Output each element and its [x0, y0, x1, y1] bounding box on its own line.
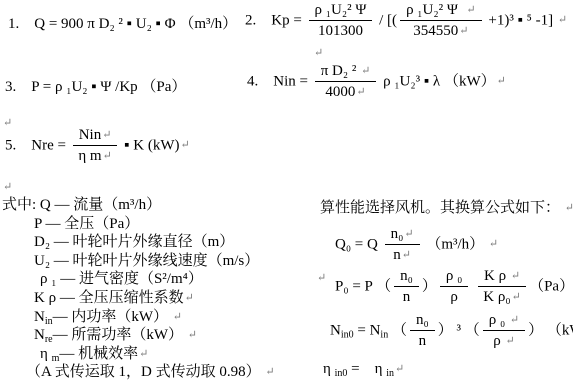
text-run: 4. Nin = [247, 73, 312, 89]
text-run: 1. Q = 900 π D₂ ² ▪ U₂ ▪ Φ （m³/h） [8, 16, 237, 32]
fraction-numerator: n₀↵ [385, 226, 420, 245]
text-run: n₀ [416, 312, 429, 328]
fraction-numerator: ρ ₀ [440, 268, 468, 287]
paragraph-mark-icon: ↵ [557, 14, 567, 26]
formula-compressibility-coefficient: 2. Kp = ρ ₁U₂² Ψ101300 / [(ρ ₁U₂² Ψ ↵354… [245, 2, 567, 40]
text-run: P₀ = P （ [335, 278, 391, 294]
paragraph-mark-icon: ↵ [564, 202, 573, 214]
formula-eta-conversion: η in0 = η in↵ [323, 357, 404, 379]
text-run: η [40, 346, 52, 362]
definition-line: （A 式传运取 1，D 式传动取 0.98） ↵ [26, 363, 275, 380]
fraction-numerator: π D₂ ² ↵ [315, 63, 377, 82]
text-run: ） [422, 278, 437, 294]
document-page: 1. Q = 900 π D₂ ² ▪ U₂ ▪ Φ （m³/h） 2. Kp … [0, 0, 573, 380]
text-run: K ρ₀ [483, 289, 510, 305]
text-run: ρ ₀ [446, 268, 462, 284]
formula-p0-conversion: P₀ = P （n₀n）ρ ₀ρ K ρ ↵K ρ₀↵（Pa） ↵ [335, 268, 573, 306]
text-run: ρ ₁ — 进气密度（S²/m⁴） [40, 271, 203, 287]
paragraph-mark-icon: ↵ [355, 86, 365, 98]
fraction-numerator: n₀ [410, 312, 435, 331]
paragraph-mark-icon: ↵ [187, 329, 197, 341]
text-run: 算性能选择风机。其换算公式如下： [320, 200, 564, 216]
fraction: n₀n [394, 268, 419, 306]
text-run: n₀ [400, 268, 413, 284]
paragraph-mark-icon: ↵ [2, 180, 12, 193]
formula-total-pressure: 3. P = ρ ₁U₂ ▪ Ψ /Kp （Pa） [5, 75, 186, 96]
fraction: n₀↵n↵ [385, 226, 420, 264]
text-run: — 所需功率（kW） [53, 327, 187, 343]
text-run: η m [78, 148, 101, 164]
text-run: 式中: Q — 流量（m³/h） [2, 197, 161, 213]
fraction-denominator: 101300 [318, 21, 363, 40]
text-run: n [403, 289, 411, 305]
subscript: in0 [341, 329, 354, 340]
definition-line: P — 全压（Pa） [34, 215, 275, 234]
fraction: n₀n [410, 312, 435, 350]
paragraph-mark-icon: ↵ [101, 129, 111, 141]
definition-line: ρ ₁ — 进气密度（S²/m⁴） [40, 270, 275, 289]
paragraph-mark-icon: ↵ [184, 292, 194, 304]
fraction-numerator: ρ ₀ ↵ [483, 312, 525, 331]
text-run: ρ ₁U₂² Ψ [406, 2, 465, 18]
fraction: ρ ₁U₂² Ψ101300 [309, 2, 373, 40]
text-run: 4000 [325, 84, 355, 100]
text-run: ▪ K (kW) [120, 137, 179, 153]
paragraph-mark-icon: ↵ [496, 75, 506, 87]
paragraph-mark-icon: ↵ [465, 4, 475, 16]
subscript: re [45, 334, 53, 345]
paragraph-mark-icon: ↵ [394, 363, 404, 375]
text-run: Nin [79, 127, 102, 143]
text-run: （ [388, 322, 407, 338]
fraction: K ρ ↵K ρ₀↵ [478, 268, 526, 306]
text-run: ρ ₁U₂³ ▪ λ （kW） [379, 73, 495, 89]
text-run: Q₀ = Q [335, 236, 382, 252]
paragraph-mark-icon: ↵ [313, 46, 323, 59]
text-run: ρ [493, 333, 504, 349]
fraction-denominator: ρ ↵ [493, 331, 514, 350]
text-run: — 机械效率 [59, 346, 138, 362]
paragraph-mark-icon: ↵ [401, 249, 411, 261]
definition-line: Nre— 所需功率（kW） ↵ [34, 326, 275, 345]
text-run: （A 式传运取 1，D 式传动取 0.98） [26, 364, 264, 380]
definition-line: K ρ — 全压压缩性系数↵ [34, 289, 275, 308]
text-run: π D₂ ² [321, 63, 360, 79]
fraction: π D₂ ² ↵4000↵ [315, 63, 377, 101]
text-run: P — 全压（Pa） [34, 216, 139, 232]
text-run: D₂ — 叶轮叶片外缘直径（m） [34, 234, 234, 250]
fraction-denominator: ρ [450, 287, 458, 306]
text-run: 101300 [318, 23, 363, 39]
fraction-denominator: 4000↵ [325, 82, 365, 101]
text-run: ρ [450, 289, 458, 305]
paragraph-mark-icon: ↵ [458, 25, 468, 37]
definition-line: η m— 机械效率↵ [40, 345, 275, 364]
text-run: U₂ — 叶轮叶片外缘线速度（m/s） [34, 253, 259, 269]
fraction-denominator: n↵ [393, 245, 411, 264]
fraction-denominator: 354550↵ [413, 21, 468, 40]
fraction: ρ ₁U₂² Ψ ↵354550↵ [400, 2, 482, 40]
text-run: = N [354, 322, 381, 338]
paragraph-mark-icon: ↵ [510, 270, 520, 282]
paragraph-mark-icon: ↵ [488, 238, 498, 250]
paragraph-mark-icon: ↵ [2, 116, 12, 129]
text-run: / [( [375, 12, 397, 28]
fraction-denominator: n [419, 331, 427, 350]
fraction-denominator: n [403, 287, 411, 306]
text-run: n [393, 247, 401, 263]
definition-line: Nin— 内功率（kW） ↵ [34, 308, 275, 327]
text-run: η [323, 361, 335, 377]
subscript: in [45, 316, 53, 327]
fraction-numerator: n₀ [394, 268, 419, 287]
text-run [471, 278, 475, 294]
paragraph-mark-icon: ↵ [316, 271, 326, 284]
text-run: （Pa） [529, 278, 573, 294]
fraction-numerator: ρ ₁U₂² Ψ [309, 2, 373, 21]
paragraph-mark-icon: ↵ [102, 150, 112, 162]
paragraph-mark-icon: ↵ [138, 348, 148, 360]
text-run: ） ³ （ [438, 322, 480, 338]
formula-internal-power: 4. Nin = π D₂ ² ↵4000↵ ρ ₁U₂³ ▪ λ （kW）↵ [247, 63, 506, 101]
conversion-intro-text: 算性能选择风机。其换算公式如下： ↵ [320, 196, 573, 217]
text-run: N [330, 322, 341, 338]
text-run: ρ ₁U₂² Ψ [315, 2, 367, 18]
text-run: K ρ — 全压压缩性系数 [34, 290, 184, 306]
formula-flow-rate: 1. Q = 900 π D₂ ² ▪ U₂ ▪ Φ （m³/h） [8, 12, 237, 33]
paragraph-mark-icon: ↵ [360, 65, 370, 77]
paragraph-mark-icon: ↵ [511, 291, 521, 303]
fraction-numerator: ρ ₁U₂² Ψ ↵ [400, 2, 482, 21]
text-run: 354550 [413, 23, 458, 39]
text-run: N [34, 309, 45, 325]
definition-line: D₂ — 叶轮叶片外缘直径（m） [34, 233, 275, 252]
text-run: n [419, 333, 427, 349]
text-run: +1)³ ▪ ⁵ -1] [485, 12, 557, 28]
fraction-numerator: Nin↵ [73, 127, 118, 146]
subscript: in0 [335, 368, 348, 379]
text-run: K ρ [484, 268, 510, 284]
formula-nin0-conversion: Nin0 = Nin （n₀n） ³ （ρ ₀ ↵ρ ↵） （kW） ↵ [330, 312, 573, 350]
formula-required-power: 5. Nre = Nin↵η m↵ ▪ K (kW)↵ [5, 127, 190, 165]
definition-line: 式中: Q — 流量（m³/h） [2, 196, 275, 215]
fraction: Nin↵η m↵ [73, 127, 118, 165]
text-run: ρ ₀ [489, 312, 509, 328]
text-run: 5. Nre = [5, 137, 70, 153]
definition-line: U₂ — 叶轮叶片外缘线速度（m/s） [34, 252, 275, 271]
text-run: （m³/h） [423, 236, 488, 252]
fraction-numerator: K ρ ↵ [478, 268, 526, 287]
fraction: ρ ₀ρ [440, 268, 468, 306]
text-run: n₀ [391, 226, 404, 242]
symbol-definitions-list: 式中: Q — 流量（m³/h）P — 全压（Pa）D₂ — 叶轮叶片外缘直径（… [2, 196, 275, 380]
subscript: in [386, 368, 394, 379]
text-run: 2. Kp = [245, 12, 306, 28]
fraction-denominator: η m↵ [78, 146, 111, 165]
paragraph-mark-icon: ↵ [509, 314, 519, 326]
paragraph-mark-icon: ↵ [504, 335, 514, 347]
paragraph-mark-icon: ↵ [264, 366, 274, 378]
fraction: ρ ₀ ↵ρ ↵ [483, 312, 525, 350]
text-run: N [34, 327, 45, 343]
formula-q0-conversion: Q₀ = Q n₀↵n↵ （m³/h） ↵ [335, 226, 498, 264]
text-run: 3. P = ρ ₁U₂ ▪ Ψ /Kp （Pa） [5, 79, 186, 95]
text-run: = η [347, 361, 386, 377]
paragraph-mark-icon: ↵ [179, 139, 189, 151]
text-run: — 内功率（kW） [53, 309, 172, 325]
paragraph-mark-icon: ↵ [172, 311, 182, 323]
fraction-denominator: K ρ₀↵ [483, 287, 521, 306]
paragraph-mark-icon: ↵ [403, 228, 413, 240]
text-run: ） （kW） [528, 322, 573, 338]
